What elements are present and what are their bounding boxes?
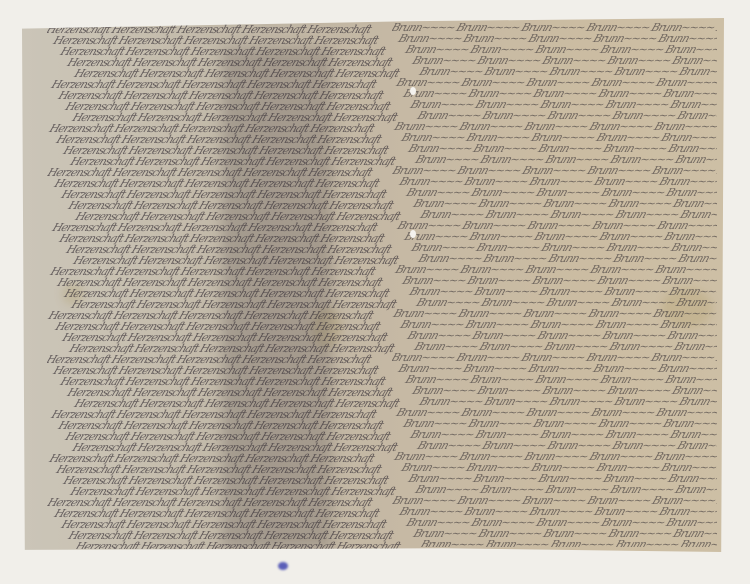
blue-mark bbox=[278, 562, 288, 570]
right-script-column: Brunn~~~~ Brunn~~~~ Brunn~~~~ Brunn~~~~ … bbox=[392, 22, 717, 547]
script-line: Herzenschaft Herzenschaft Herzenschaft H… bbox=[74, 541, 407, 549]
left-script-column: Herzenschaft Herzenschaft Herzenschaft H… bbox=[47, 24, 407, 549]
paper-hole bbox=[410, 230, 416, 238]
script-line: Brunn~~~~ Brunn~~~~ Brunn~~~~ Brunn~~~~ … bbox=[419, 539, 717, 547]
paper-hole bbox=[410, 87, 416, 95]
manuscript-paper: Herzenschaft Herzenschaft Herzenschaft H… bbox=[22, 18, 724, 552]
